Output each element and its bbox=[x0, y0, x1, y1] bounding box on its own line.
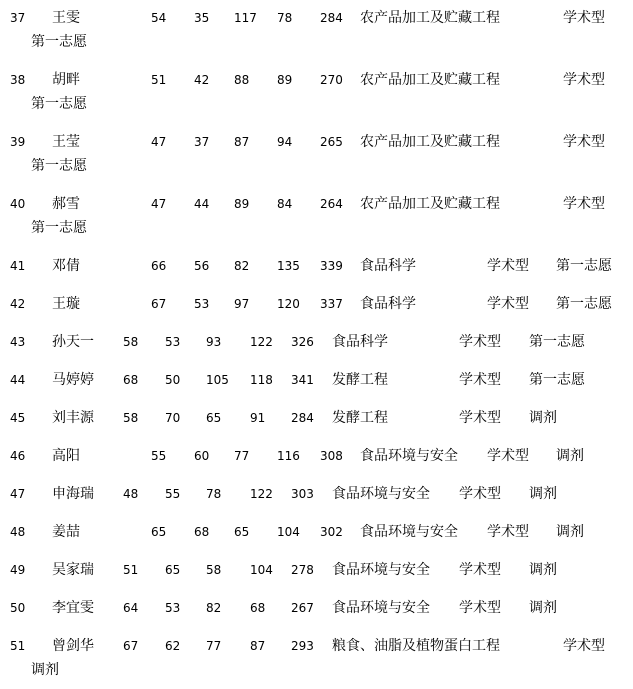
cell-s4: 68 bbox=[250, 600, 265, 616]
cell-s2: 56 bbox=[194, 258, 209, 274]
cell-major: 粮食、油脂及植物蛋白工程 bbox=[332, 638, 500, 654]
cell-major: 农产品加工及贮藏工程 bbox=[360, 134, 500, 150]
cell-s4: 94 bbox=[277, 134, 292, 150]
cell-status: 第一志愿 bbox=[31, 220, 87, 236]
cell-type: 学术型 bbox=[459, 410, 501, 426]
cell-major: 食品环境与安全 bbox=[360, 524, 458, 540]
cell-major: 食品科学 bbox=[360, 296, 416, 312]
cell-no: 51 bbox=[10, 638, 25, 654]
cell-s3: 88 bbox=[234, 72, 249, 88]
cell-s3: 78 bbox=[206, 486, 221, 502]
cell-type: 学术型 bbox=[563, 134, 605, 150]
cell-type: 学术型 bbox=[459, 334, 501, 350]
cell-total: 326 bbox=[291, 334, 314, 350]
cell-s3: 58 bbox=[206, 562, 221, 578]
cell-type: 学术型 bbox=[459, 600, 501, 616]
cell-s2: 50 bbox=[165, 372, 180, 388]
cell-no: 39 bbox=[10, 134, 25, 150]
cell-s1: 68 bbox=[123, 372, 138, 388]
cell-name: 郝雪 bbox=[52, 196, 80, 212]
cell-no: 48 bbox=[10, 524, 25, 540]
cell-type: 学术型 bbox=[459, 372, 501, 388]
cell-major: 发酵工程 bbox=[332, 372, 388, 388]
cell-s1: 58 bbox=[123, 410, 138, 426]
cell-type: 学术型 bbox=[487, 524, 529, 540]
cell-s4: 118 bbox=[250, 372, 273, 388]
cell-total: 337 bbox=[320, 296, 343, 312]
cell-no: 47 bbox=[10, 486, 25, 502]
cell-name: 王雯 bbox=[52, 10, 80, 26]
cell-total: 339 bbox=[320, 258, 343, 274]
cell-no: 49 bbox=[10, 562, 25, 578]
cell-name: 曾剑华 bbox=[52, 638, 94, 654]
cell-type: 学术型 bbox=[563, 10, 605, 26]
cell-s3: 65 bbox=[234, 524, 249, 540]
cell-s2: 70 bbox=[165, 410, 180, 426]
cell-s4: 91 bbox=[250, 410, 265, 426]
cell-name: 胡畔 bbox=[52, 72, 80, 88]
cell-s4: 122 bbox=[250, 486, 273, 502]
cell-type: 学术型 bbox=[487, 296, 529, 312]
cell-name: 申海瑞 bbox=[52, 486, 94, 502]
cell-s2: 60 bbox=[194, 448, 209, 464]
cell-s4: 84 bbox=[277, 196, 292, 212]
cell-s3: 82 bbox=[206, 600, 221, 616]
cell-name: 王璇 bbox=[52, 296, 80, 312]
cell-no: 43 bbox=[10, 334, 25, 350]
cell-total: 270 bbox=[320, 72, 343, 88]
cell-total: 302 bbox=[320, 524, 343, 540]
cell-total: 264 bbox=[320, 196, 343, 212]
cell-name: 王莹 bbox=[52, 134, 80, 150]
cell-status: 调剂 bbox=[529, 410, 557, 426]
cell-major: 食品科学 bbox=[332, 334, 388, 350]
cell-s2: 35 bbox=[194, 10, 209, 26]
cell-s3: 77 bbox=[206, 638, 221, 654]
cell-no: 40 bbox=[10, 196, 25, 212]
cell-total: 278 bbox=[291, 562, 314, 578]
cell-type: 学术型 bbox=[563, 196, 605, 212]
cell-s1: 67 bbox=[123, 638, 138, 654]
cell-status: 调剂 bbox=[556, 448, 584, 464]
cell-s4: 89 bbox=[277, 72, 292, 88]
cell-s4: 104 bbox=[277, 524, 300, 540]
cell-no: 45 bbox=[10, 410, 25, 426]
cell-s4: 87 bbox=[250, 638, 265, 654]
cell-name: 高阳 bbox=[52, 448, 80, 464]
cell-status: 调剂 bbox=[529, 486, 557, 502]
cell-s2: 65 bbox=[165, 562, 180, 578]
cell-status: 第一志愿 bbox=[31, 34, 87, 50]
cell-major: 食品科学 bbox=[360, 258, 416, 274]
cell-s4: 78 bbox=[277, 10, 292, 26]
cell-s2: 55 bbox=[165, 486, 180, 502]
cell-s1: 54 bbox=[151, 10, 166, 26]
cell-major: 食品环境与安全 bbox=[332, 600, 430, 616]
cell-name: 邓倩 bbox=[52, 258, 80, 274]
cell-s2: 44 bbox=[194, 196, 209, 212]
cell-type: 学术型 bbox=[459, 486, 501, 502]
cell-major: 食品环境与安全 bbox=[360, 448, 458, 464]
cell-major: 农产品加工及贮藏工程 bbox=[360, 10, 500, 26]
cell-name: 李宜雯 bbox=[52, 600, 94, 616]
cell-total: 265 bbox=[320, 134, 343, 150]
cell-type: 学术型 bbox=[563, 72, 605, 88]
cell-status: 第一志愿 bbox=[556, 258, 612, 274]
cell-total: 293 bbox=[291, 638, 314, 654]
cell-name: 孙天一 bbox=[52, 334, 94, 350]
cell-status: 第一志愿 bbox=[529, 334, 585, 350]
cell-type: 学术型 bbox=[487, 448, 529, 464]
cell-status: 第一志愿 bbox=[529, 372, 585, 388]
cell-name: 姜喆 bbox=[52, 524, 80, 540]
cell-s1: 51 bbox=[151, 72, 166, 88]
cell-name: 刘丰源 bbox=[52, 410, 94, 426]
cell-s3: 97 bbox=[234, 296, 249, 312]
cell-s1: 51 bbox=[123, 562, 138, 578]
cell-total: 284 bbox=[320, 10, 343, 26]
cell-s4: 135 bbox=[277, 258, 300, 274]
cell-status: 第一志愿 bbox=[31, 158, 87, 174]
cell-s1: 65 bbox=[151, 524, 166, 540]
cell-s2: 42 bbox=[194, 72, 209, 88]
cell-s3: 87 bbox=[234, 134, 249, 150]
cell-s3: 117 bbox=[234, 10, 257, 26]
cell-total: 267 bbox=[291, 600, 314, 616]
cell-total: 284 bbox=[291, 410, 314, 426]
cell-status: 第一志愿 bbox=[556, 296, 612, 312]
cell-s1: 66 bbox=[151, 258, 166, 274]
cell-s3: 93 bbox=[206, 334, 221, 350]
cell-type: 学术型 bbox=[487, 258, 529, 274]
cell-s4: 116 bbox=[277, 448, 300, 464]
cell-no: 37 bbox=[10, 10, 25, 26]
cell-s1: 58 bbox=[123, 334, 138, 350]
cell-status: 第一志愿 bbox=[31, 96, 87, 112]
cell-s1: 47 bbox=[151, 134, 166, 150]
cell-status: 调剂 bbox=[556, 524, 584, 540]
cell-s3: 82 bbox=[234, 258, 249, 274]
cell-no: 42 bbox=[10, 296, 25, 312]
cell-s1: 67 bbox=[151, 296, 166, 312]
cell-no: 50 bbox=[10, 600, 25, 616]
cell-s3: 65 bbox=[206, 410, 221, 426]
cell-total: 303 bbox=[291, 486, 314, 502]
cell-status: 调剂 bbox=[529, 600, 557, 616]
cell-s3: 105 bbox=[206, 372, 229, 388]
cell-s2: 53 bbox=[165, 600, 180, 616]
cell-s1: 48 bbox=[123, 486, 138, 502]
cell-s4: 120 bbox=[277, 296, 300, 312]
cell-s4: 122 bbox=[250, 334, 273, 350]
cell-s2: 53 bbox=[165, 334, 180, 350]
cell-type: 学术型 bbox=[563, 638, 605, 654]
cell-major: 食品环境与安全 bbox=[332, 562, 430, 578]
cell-major: 发酵工程 bbox=[332, 410, 388, 426]
cell-s2: 53 bbox=[194, 296, 209, 312]
cell-major: 农产品加工及贮藏工程 bbox=[360, 196, 500, 212]
cell-no: 38 bbox=[10, 72, 25, 88]
cell-no: 41 bbox=[10, 258, 25, 274]
cell-s1: 64 bbox=[123, 600, 138, 616]
cell-no: 44 bbox=[10, 372, 25, 388]
cell-name: 马婷婷 bbox=[52, 372, 94, 388]
cell-s3: 89 bbox=[234, 196, 249, 212]
cell-status: 调剂 bbox=[31, 662, 59, 678]
cell-type: 学术型 bbox=[459, 562, 501, 578]
cell-status: 调剂 bbox=[529, 562, 557, 578]
cell-no: 46 bbox=[10, 448, 25, 464]
cell-s2: 62 bbox=[165, 638, 180, 654]
cell-s2: 68 bbox=[194, 524, 209, 540]
cell-major: 食品环境与安全 bbox=[332, 486, 430, 502]
cell-s2: 37 bbox=[194, 134, 209, 150]
cell-major: 农产品加工及贮藏工程 bbox=[360, 72, 500, 88]
cell-s1: 47 bbox=[151, 196, 166, 212]
cell-s1: 55 bbox=[151, 448, 166, 464]
cell-s4: 104 bbox=[250, 562, 273, 578]
cell-name: 吴家瑞 bbox=[52, 562, 94, 578]
cell-total: 341 bbox=[291, 372, 314, 388]
cell-total: 308 bbox=[320, 448, 343, 464]
cell-s3: 77 bbox=[234, 448, 249, 464]
